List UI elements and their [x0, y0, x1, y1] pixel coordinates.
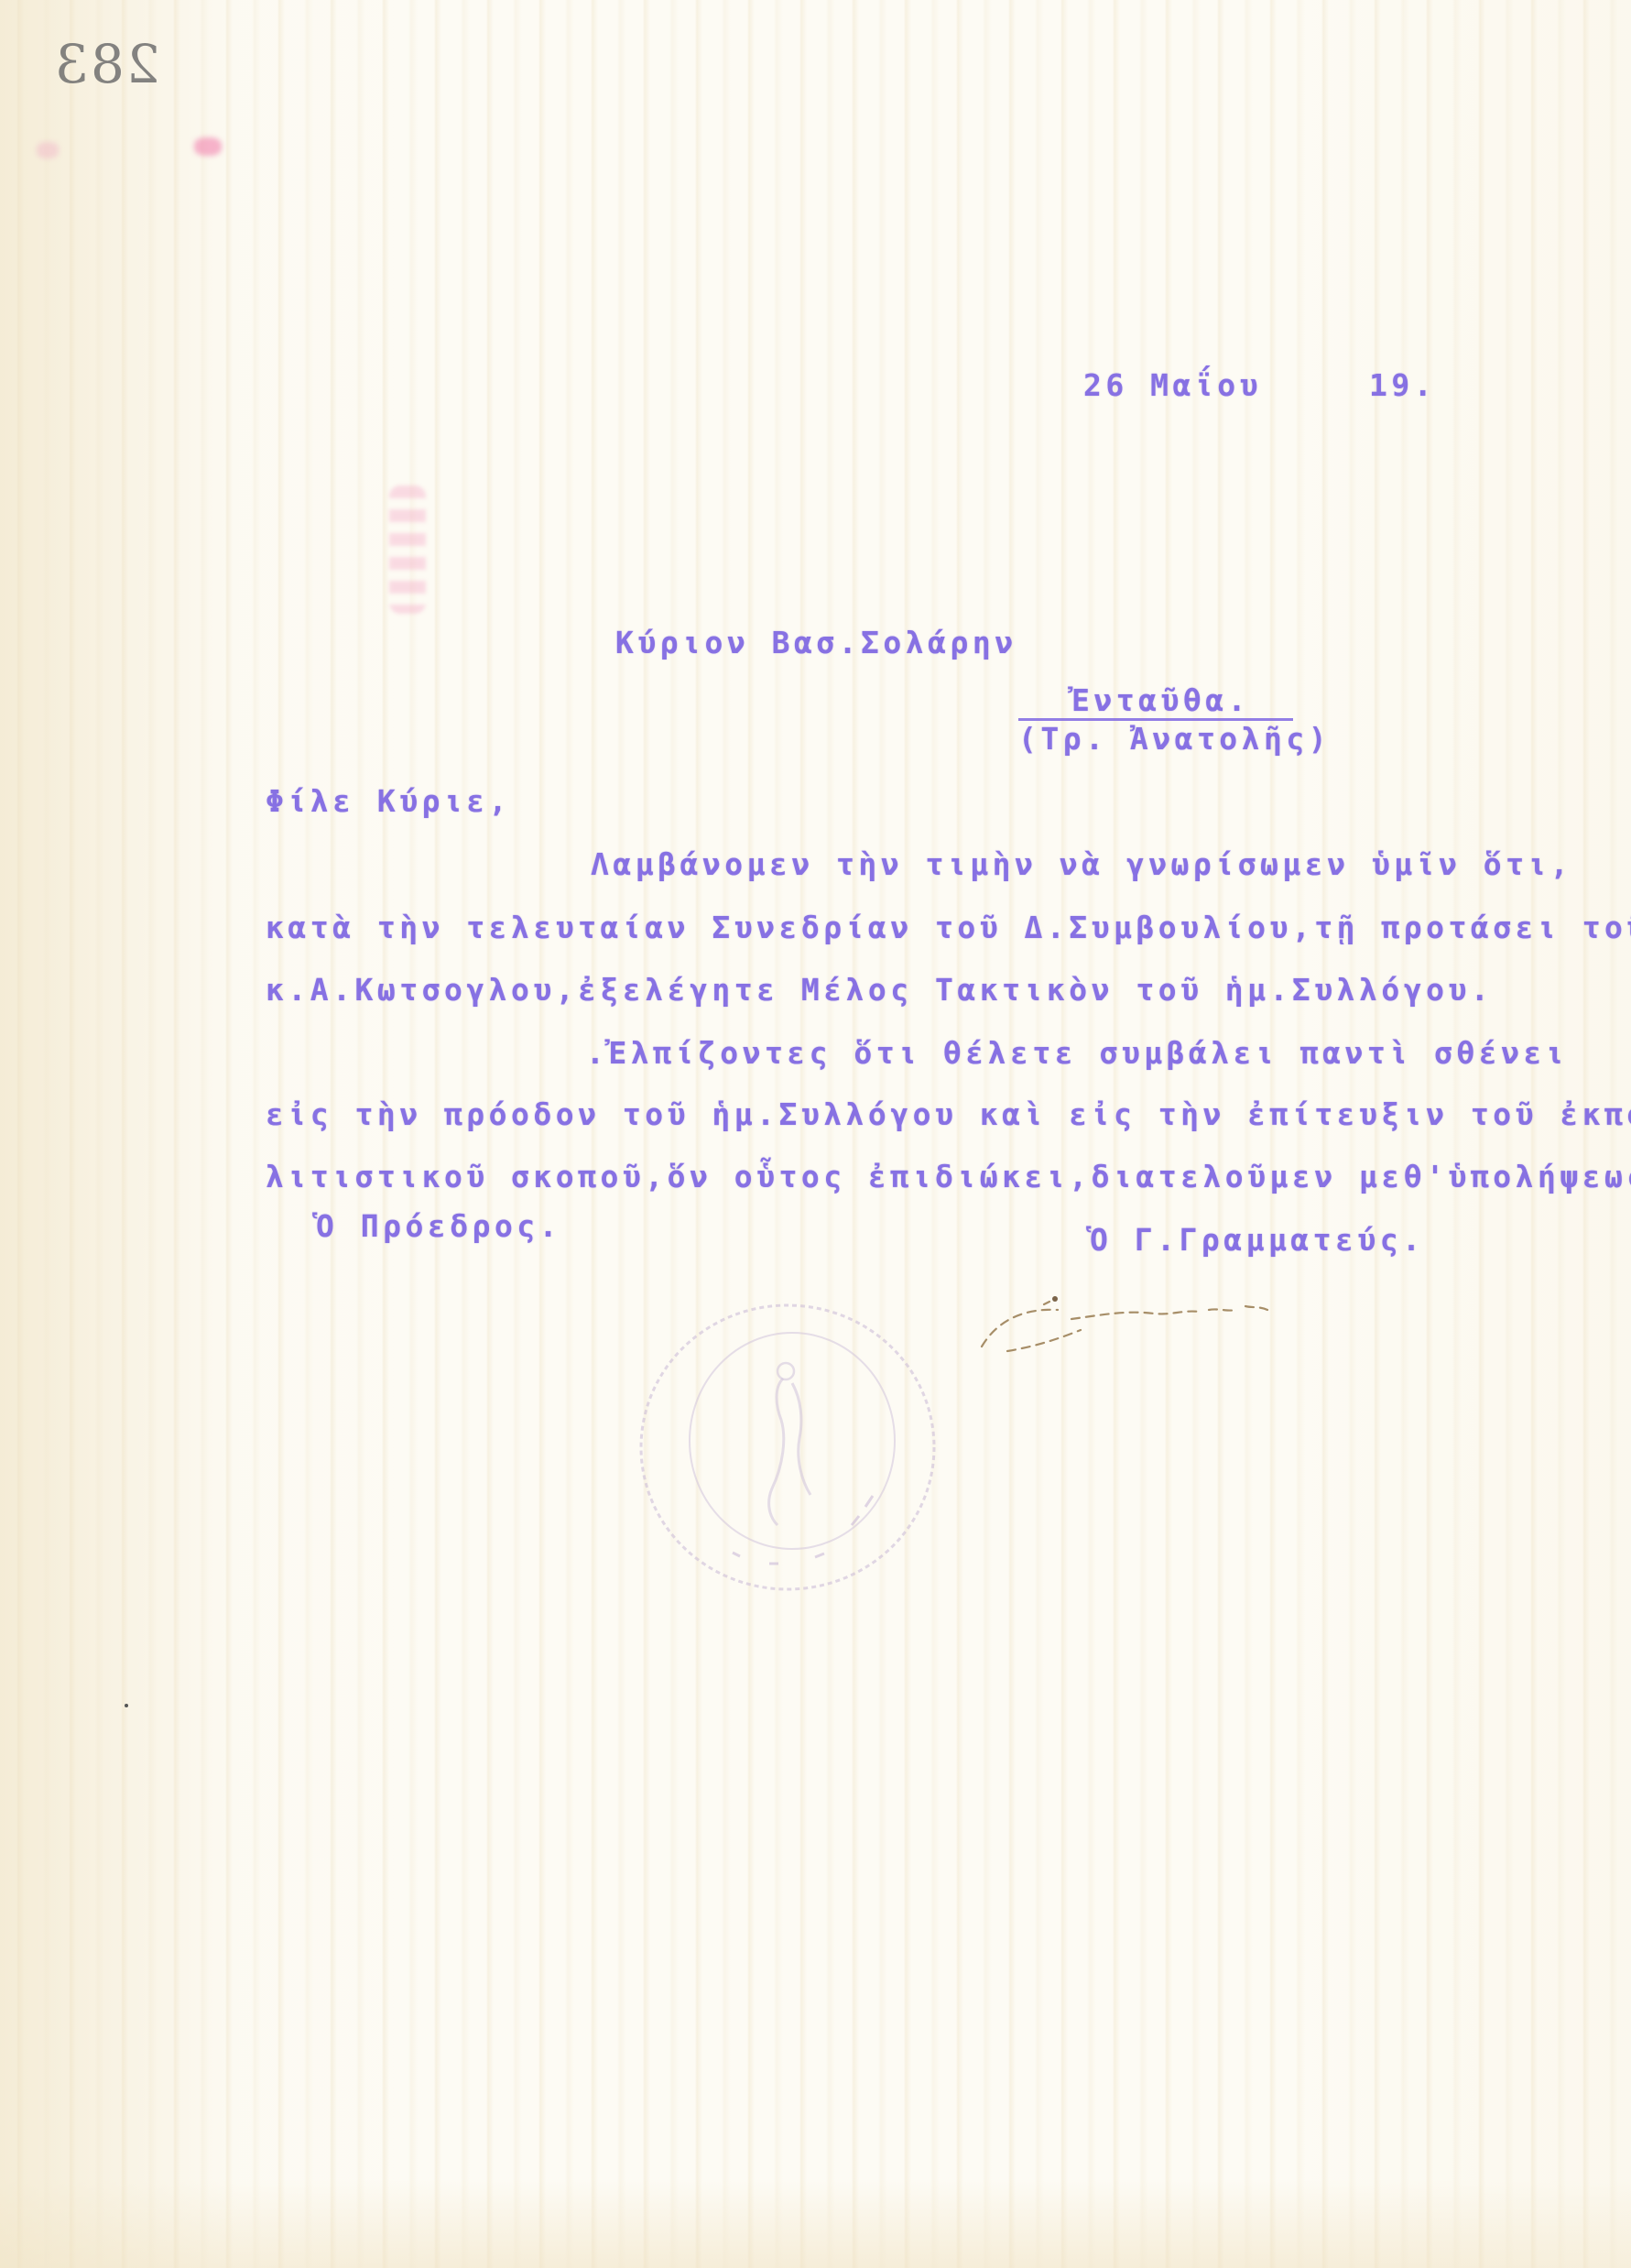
page-number-stamp: 283	[53, 33, 160, 95]
body-line: εἰς τὴν πρόοδον τοῦ ἡμ.Συλλόγου καὶ εἰς …	[266, 1099, 1631, 1129]
addressee-location: Ἐνταῦθα.	[1071, 685, 1250, 715]
body-line: .Ἐλπίζοντες ὅτι θέλετε συμβάλει παντὶ σθ…	[586, 1038, 1568, 1068]
date-day-month: 26 Μαΐου	[1083, 370, 1262, 400]
addressee-name: Κύριον Βασ.Σολάρην	[615, 627, 1017, 658]
handwritten-signature	[971, 1282, 1300, 1365]
ink-blot	[194, 137, 222, 156]
paper-background	[0, 0, 1631, 2268]
ink-blot	[37, 142, 59, 158]
faint-pink-marginal-mark	[389, 485, 426, 614]
body-line: κατὰ τὴν τελευταίαν Συνεδρίαν τοῦ Δ.Συμβ…	[266, 912, 1631, 943]
society-seal-stamp	[632, 1296, 943, 1598]
addressee-street: (Τρ. Ἀνατολῆς)	[1018, 724, 1331, 754]
paper-speck	[125, 1704, 128, 1707]
secretary-title: Ὁ Γ.Γραμματεύς.	[1090, 1225, 1425, 1255]
salutation: Φίλε Κύριε,	[266, 786, 511, 816]
body-line: λιτιστικοῦ σκοποῦ,ὅν οὗτος ἐπιδιώκει,δια…	[266, 1161, 1631, 1192]
date-year: 19.	[1369, 370, 1436, 400]
body-line: Λαμβάνομεν τὴν τιμὴν νὰ γνωρίσωμεν ὑμῖν …	[591, 849, 1572, 879]
president-title: Ὁ Πρόεδρος.	[316, 1211, 561, 1241]
body-line: κ.Α.Κωτσογλου,ἐξελέγητε Μέλος Τακτικὸν τ…	[266, 975, 1493, 1005]
